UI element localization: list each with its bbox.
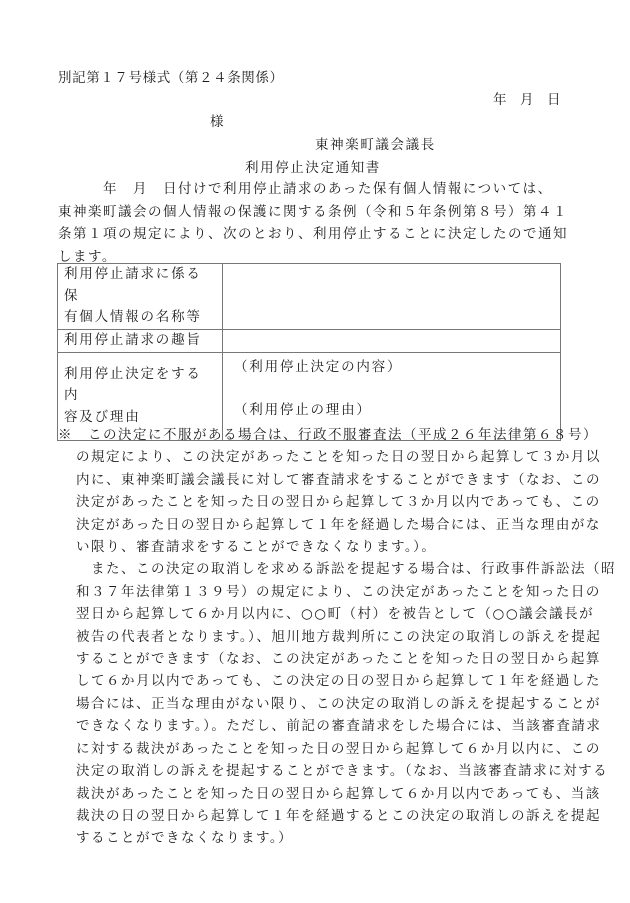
body-line: 東神楽町議会の個人情報の保護に関する条例（令和５年条例第８号）第４１ (58, 201, 568, 224)
label-line: 利用停止請求に係る保 (64, 264, 216, 307)
table-value-cell (223, 264, 561, 330)
sender: 東神楽町議会議長 (315, 133, 436, 153)
decision-content-label: （利用停止決定の内容） (234, 355, 402, 375)
note-line: することができなくなります。） (58, 827, 570, 849)
table-row: 利用停止請求の趣旨 (58, 329, 561, 352)
note-line: することができます（なお、この決定があったことを知った日の翌日から起算 (58, 648, 570, 670)
note-line: 決定の取消しの訴えを提起することができます。（なお、当該審査請求に対する (58, 760, 570, 782)
body-paragraph: 年 月 日付けで利用停止請求のあった保有個人情報については、 東神楽町議会の個人… (58, 178, 568, 268)
table-label-cell: 利用停止請求の趣旨 (58, 329, 223, 352)
addressee: 様 (210, 110, 225, 130)
table-value-cell (223, 329, 561, 352)
form-number: 別記第１７号様式（第２４条関係） (58, 66, 284, 86)
info-table: 利用停止請求に係る保 有個人情報の名称等 利用停止請求の趣旨 利用停止決定をする… (57, 263, 561, 441)
note-line: 場合には、正当な理由がない限り、この決定の取消しの訴えを提起することが (58, 693, 570, 715)
note-line: 決定があった日の翌日から起算して１年を経過した場合には、正当な理由がな (58, 514, 570, 536)
note-line: の規定により、この決定があったことを知った日の翌日から起算して３か月以 (58, 446, 570, 468)
note-line: 決定があったことを知った日の翌日から起算して３か月以内であっても、この (58, 491, 570, 513)
note-line: 翌日から起算して６か月以内に、○○町（村）を被告として（○○議会議長が (58, 603, 570, 625)
note-line: に対する裁決があったことを知った日の翌日から起算して６か月以内に、この (58, 738, 570, 760)
note-line: ※ この決定に不服がある場合は、行政不服審査法（平成２６年法律第６８号） (58, 424, 570, 446)
document-title: 利用停止決定通知書 (245, 156, 381, 176)
label-line: 利用停止決定をする内 (64, 364, 216, 407)
note-line: できなくなります。）。ただし、前記の審査請求をした場合には、当該審査請求 (58, 715, 570, 737)
decision-reason-label: （利用停止の理由） (234, 398, 372, 418)
note-line: 被告の代表者となります。）、旭川地方裁判所にこの決定の取消しの訴えを提起 (58, 626, 570, 648)
body-line: 条第１項の規定により、次のとおり、利用停止することに決定したので通知 (58, 223, 568, 246)
body-line: 年 月 日付けで利用停止請求のあった保有個人情報については、 (58, 178, 568, 201)
note-line: 内に、東神楽町議会議長に対して審査請求をすることができます（なお、この (58, 469, 570, 491)
table-row: 利用停止請求に係る保 有個人情報の名称等 (58, 264, 561, 330)
note-line: して６か月以内であっても、この決定の日の翌日から起算して１年を経過した (58, 670, 570, 692)
note-line: 裁決があったことを知った日の翌日から起算して６か月以内であっても、当該 (58, 783, 570, 805)
note-line: 和３７年法律第１３９号）の規定により、この決定があったことを知った日の (58, 581, 570, 603)
note-line: また、この決定の取消しを求める訴訟を提起する場合は、行政事件訴訟法（昭 (58, 558, 570, 580)
label-line: 利用停止請求の趣旨 (64, 330, 216, 352)
date-field: 年 月 日 (493, 88, 561, 108)
note-line: い限り、審査請求をすることができなくなります。）。 (58, 536, 570, 558)
label-line: 有個人情報の名称等 (64, 307, 216, 329)
table-label-cell: 利用停止請求に係る保 有個人情報の名称等 (58, 264, 223, 330)
note-line: 裁決の日の翌日から起算して１年を経過するとこの決定の取消しの訴えを提起 (58, 805, 570, 827)
appeal-note: ※ この決定に不服がある場合は、行政不服審査法（平成２６年法律第６８号） の規定… (58, 424, 570, 850)
